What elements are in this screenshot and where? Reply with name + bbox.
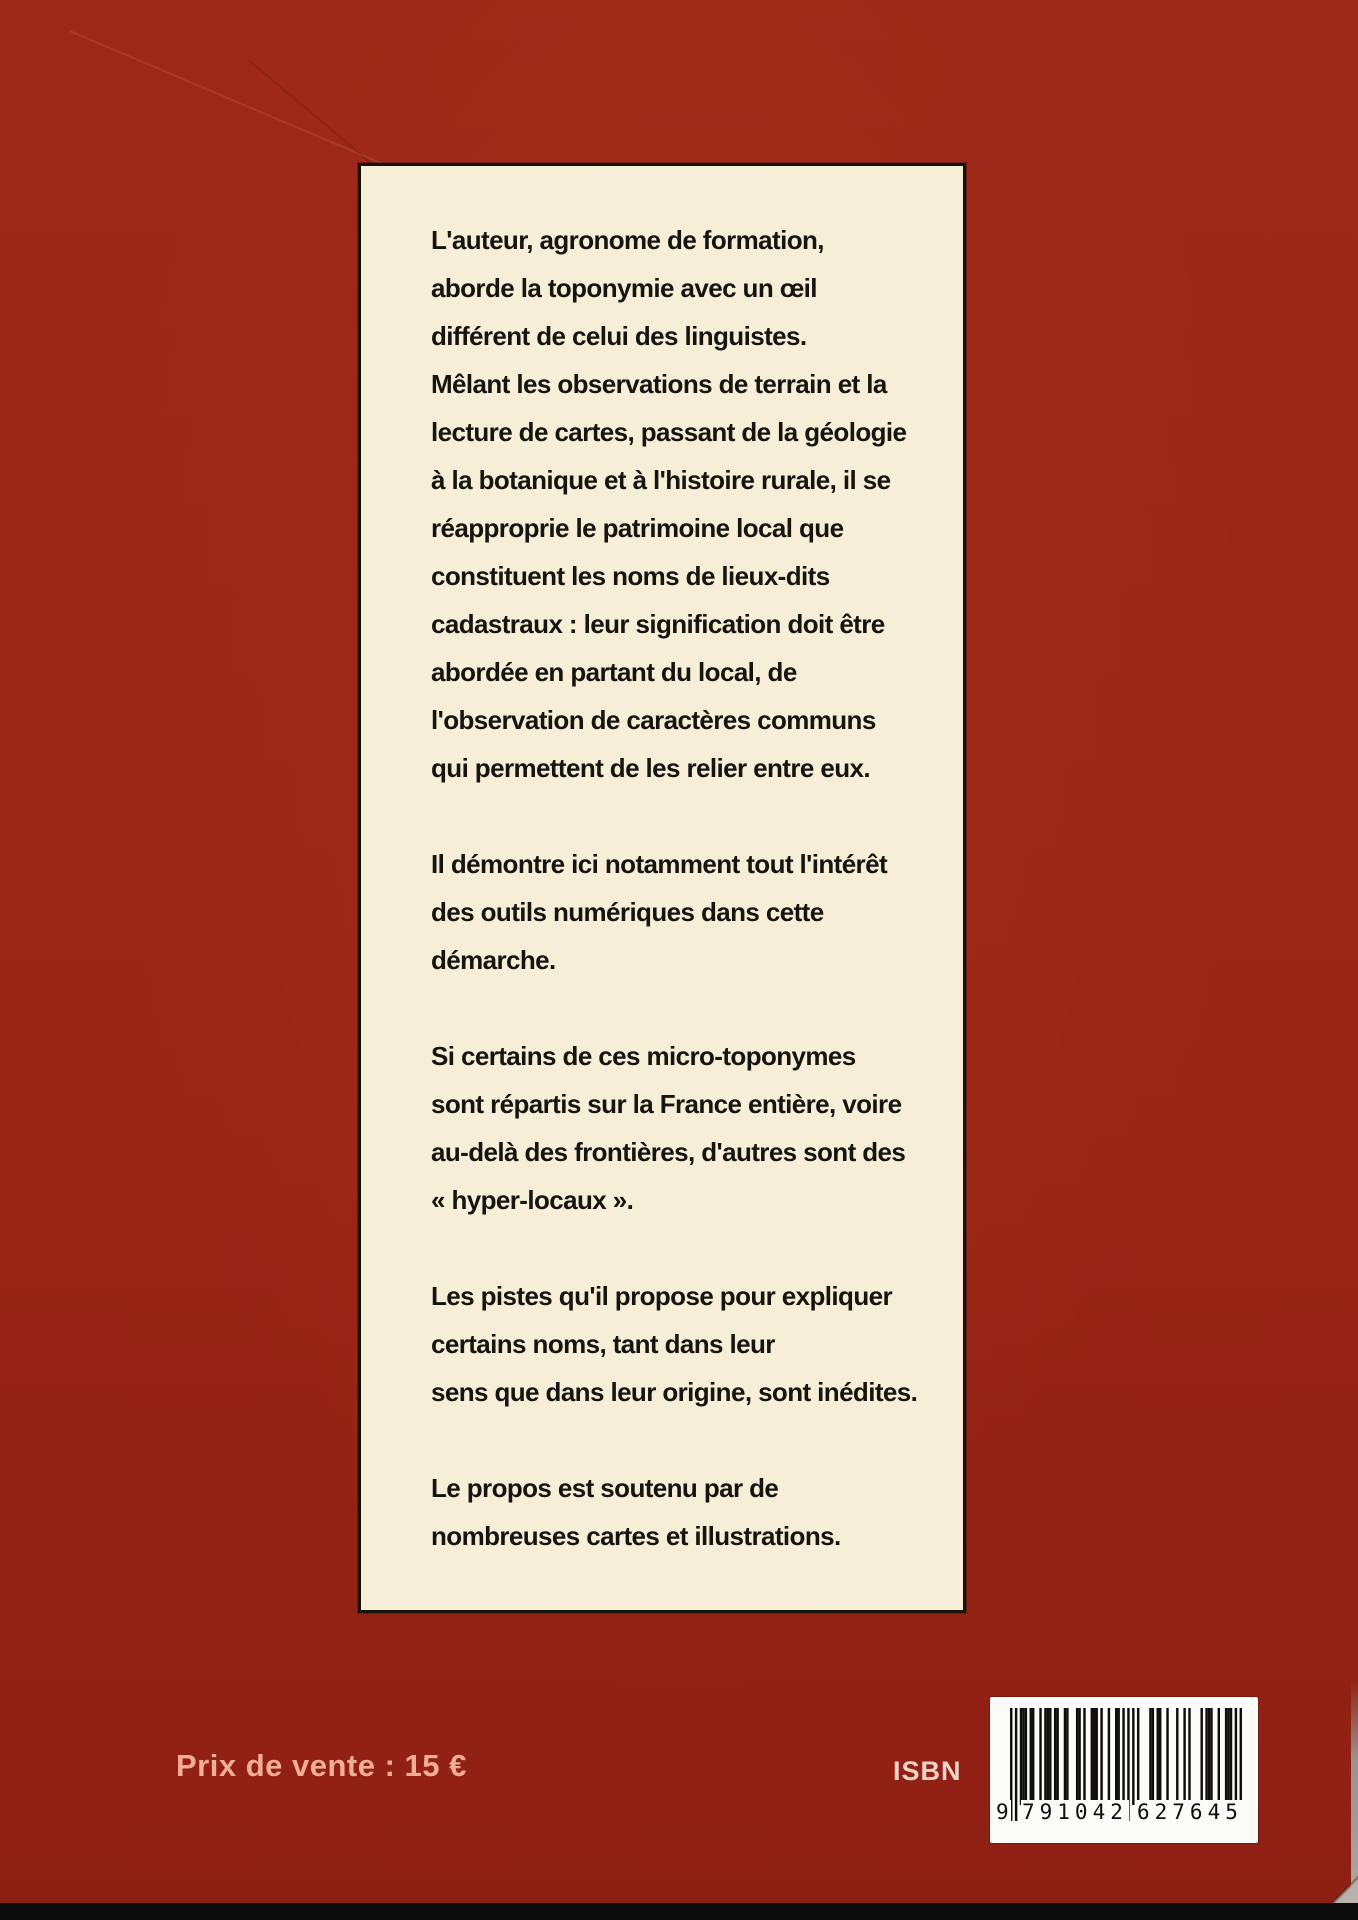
- page-edge: [1351, 1680, 1358, 1905]
- blurb-line: lecture de cartes, passant de la géologi…: [431, 408, 957, 456]
- blurb-line: à la botanique et à l'histoire rurale, i…: [431, 456, 957, 504]
- blurb-paragraph: Les pistes qu'il propose pour expliquerc…: [431, 1272, 957, 1416]
- price-label: Prix de vente : 15 €: [176, 1748, 467, 1784]
- blurb-line: Le propos est soutenu par de: [431, 1464, 957, 1512]
- blurb-line: cadastraux : leur signification doit êtr…: [431, 600, 957, 648]
- barcode-digit-lead: 9: [994, 1800, 1011, 1824]
- blurb-line: sens que dans leur origine, sont inédite…: [431, 1368, 957, 1416]
- barcode: 9 791042 627645: [990, 1697, 1258, 1843]
- blurb-line: qui permettent de les relier entre eux.: [431, 744, 957, 792]
- blurb-line: nombreuses cartes et illustrations.: [431, 1512, 957, 1560]
- corner-wear: [1326, 1873, 1358, 1905]
- blurb-line: sont répartis sur la France entière, voi…: [431, 1080, 957, 1128]
- blurb-paragraph: Si certains de ces micro-toponymessont r…: [431, 1032, 957, 1224]
- blurb-line: constituent les noms de lieux-dits: [431, 552, 957, 600]
- blurb-line: Il démontre ici notamment tout l'intérêt: [431, 840, 957, 888]
- blurb-line: Les pistes qu'il propose pour expliquer: [431, 1272, 957, 1320]
- barcode-digits-right: 627645: [1136, 1800, 1244, 1824]
- blurb-line: abordée en partant du local, de: [431, 648, 957, 696]
- blurb-text: L'auteur, agronome de formation,aborde l…: [431, 216, 957, 1560]
- blurb-line: certains noms, tant dans leur: [431, 1320, 957, 1368]
- back-cover: L'auteur, agronome de formation,aborde l…: [0, 0, 1358, 1920]
- bottom-edge-strip: [0, 1903, 1358, 1920]
- blurb-line: Mêlant les observations de terrain et la: [431, 360, 957, 408]
- isbn-label: ISBN: [893, 1756, 962, 1787]
- blurb-line: différent de celui des linguistes.: [431, 312, 957, 360]
- blurb-line: L'auteur, agronome de formation,: [431, 216, 957, 264]
- barcode-digits-left: 791042: [1021, 1800, 1129, 1824]
- blurb-panel: L'auteur, agronome de formation,aborde l…: [358, 163, 966, 1613]
- blurb-paragraph: Le propos est soutenu par denombreuses c…: [431, 1464, 957, 1560]
- blurb-line: au-delà des frontières, d'autres sont de…: [431, 1128, 957, 1176]
- blurb-line: démarche.: [431, 936, 957, 984]
- blurb-line: Si certains de ces micro-toponymes: [431, 1032, 957, 1080]
- blurb-paragraph: Il démontre ici notamment tout l'intérêt…: [431, 840, 957, 984]
- blurb-line: « hyper-locaux ».: [431, 1176, 957, 1224]
- blurb-line: des outils numériques dans cette: [431, 888, 957, 936]
- blurb-line: l'observation de caractères communs: [431, 696, 957, 744]
- blurb-line: aborde la toponymie avec un œil: [431, 264, 957, 312]
- blurb-paragraph: L'auteur, agronome de formation,aborde l…: [431, 216, 957, 792]
- blurb-line: réapproprie le patrimoine local que: [431, 504, 957, 552]
